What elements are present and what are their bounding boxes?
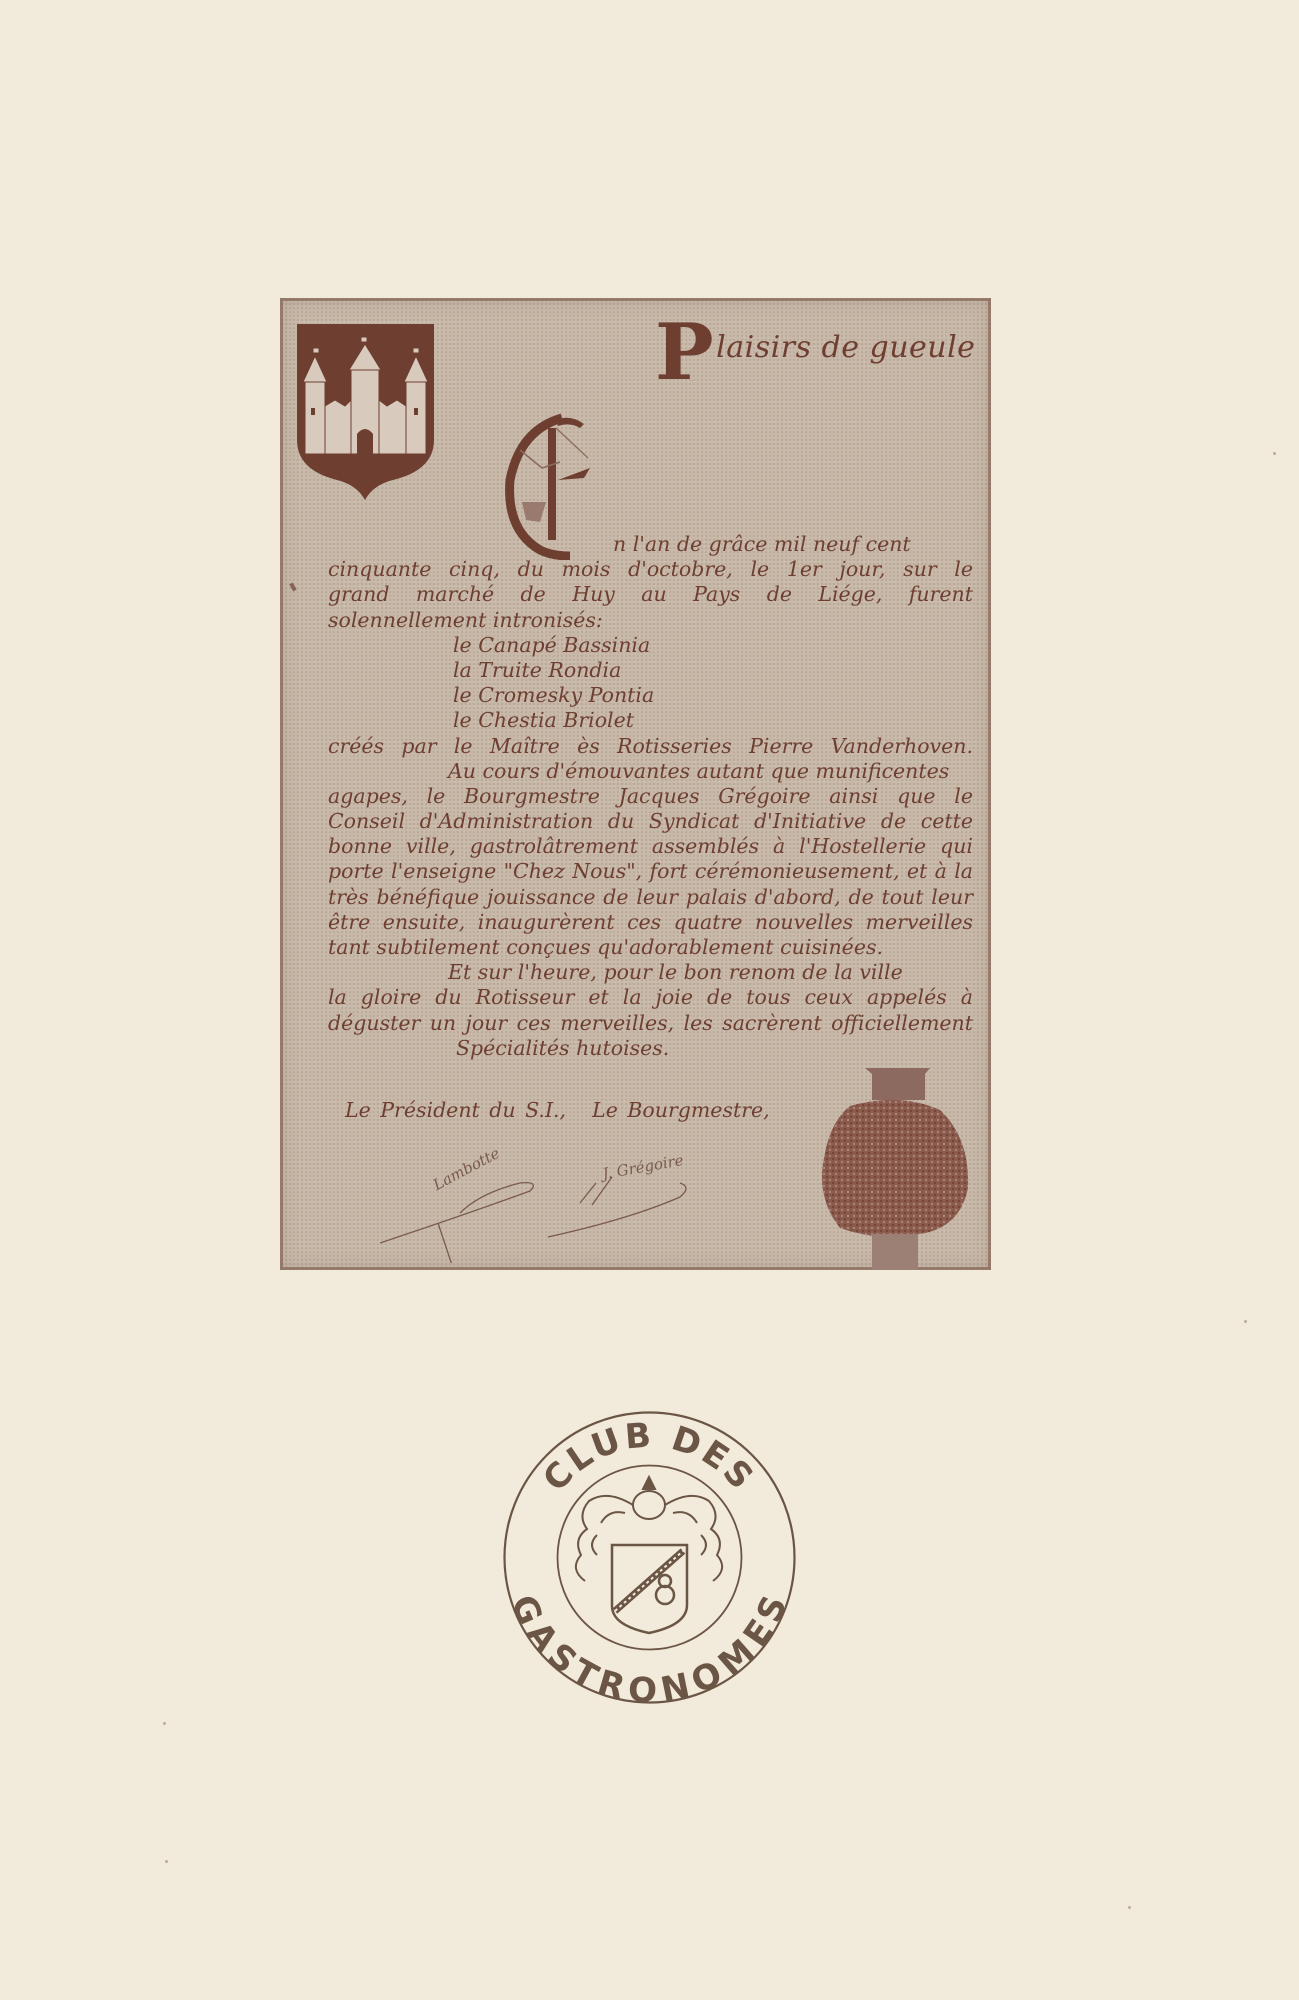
text-line: déguster un jour ces merveilles, les sac… (328, 1011, 973, 1036)
certificate-body: n l'an de grâce mil neuf cent cinquante … (328, 532, 973, 1061)
margin-mark (289, 583, 296, 592)
signatories: Le Président du S.I.,Le Bourgmestre, (345, 1098, 770, 1122)
text-line: agapes, le Bourgmestre Jacques Grégoire … (328, 784, 973, 809)
text-line: porte l'enseigne "Chez Nous", fort cérém… (328, 859, 973, 884)
paper-speck (1128, 1906, 1131, 1909)
text-line: bonne ville, gastrolâtrement assemblés à… (328, 834, 973, 859)
text-line: Conseil d'Administration du Syndicat d'I… (328, 809, 973, 834)
text-line: Et sur l'heure, pour le bon renom de la … (328, 960, 973, 985)
text-line: grand marché de Huy au Pays de Liége, fu… (328, 582, 973, 607)
document-title: Plaisirs de gueule (655, 314, 975, 392)
text-line: n l'an de grâce mil neuf cent (328, 532, 973, 557)
paper-speck (1273, 452, 1276, 455)
text-line: créés par le Maître ès Rotisseries Pierr… (328, 734, 973, 759)
text-line: tant subtilement conçues qu'adorablement… (328, 935, 973, 960)
text-line: la gloire du Rotisseur et la joie de tou… (328, 985, 973, 1010)
wax-seal-icon (810, 1058, 975, 1270)
signatory-mayor: Le Bourgmestre, (592, 1098, 770, 1122)
certificate-plate: Plaisirs de gueule n l'an de grâce mil n… (280, 298, 991, 1270)
title-initial: P (655, 307, 714, 398)
specialty-item: le Canapé Bassinia (328, 633, 973, 658)
text-line: être ensuite, inaugurèrent ces quatre no… (328, 910, 973, 935)
specialty-item: la Truite Rondia (328, 658, 973, 683)
paper-speck (1244, 1320, 1247, 1323)
text-line: solennellement intronisés: (328, 608, 973, 633)
paper-speck (165, 1860, 168, 1863)
title-text: laisirs de gueule (716, 330, 975, 365)
specialty-item: le Chestia Briolet (328, 708, 973, 733)
text-line: cinquante cinq, du mois d'octobre, le 1e… (328, 557, 973, 582)
specialty-item: le Cromesky Pontia (328, 683, 973, 708)
text-line: Au cours d'émouvantes autant que munific… (328, 759, 973, 784)
signatory-president: Le Président du S.I., (345, 1098, 566, 1122)
coat-of-arms-castle-icon (293, 320, 438, 503)
paper-speck (163, 1722, 166, 1725)
club-des-gastronomes-emblem: CLUB DES GASTRONOMES (497, 1405, 802, 1710)
text-line: très bénéfique jouissance de leur palais… (328, 885, 973, 910)
